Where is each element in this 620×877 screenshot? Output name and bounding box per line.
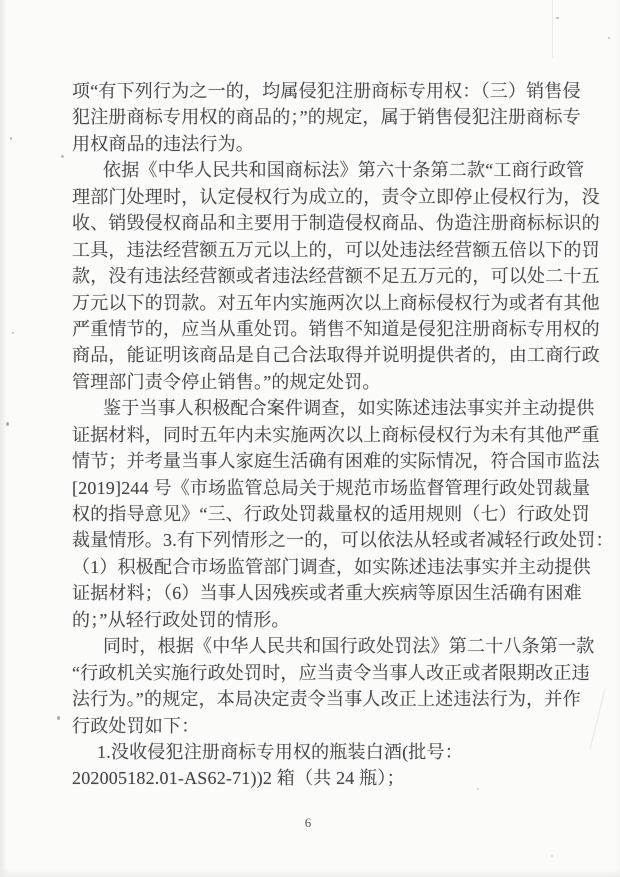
scan-speck — [12, 332, 14, 334]
text-line: 项“有下列行为之一的，均属侵犯注册商标专用权：（三）销售侵 — [72, 78, 606, 104]
text-line: 的；”从轻行政处罚的情形。 — [72, 607, 606, 633]
document-page: 项“有下列行为之一的，均属侵犯注册商标专用权：（三）销售侵 犯注册商标专用权的商… — [0, 0, 620, 877]
scan-speck — [477, 788, 479, 790]
scan-speck — [551, 855, 553, 857]
text-line: 202005182.01-AS62-71))2 箱（共 24 瓶）； — [72, 765, 606, 791]
text-line: 行政处罚如下： — [72, 713, 606, 739]
text-line: 依据《中华人民共和国商标法》第六十条第二款“工商行政管 — [72, 157, 606, 183]
text-line: 证据材料，同时五年内未实施两次以上商标侵权行为未有其他严重 — [72, 422, 606, 448]
scan-speck — [61, 155, 64, 158]
text-line: 理部门处理时，认定侵权行为成立的，责令立即停止侵权行为，没 — [72, 184, 606, 210]
text-line: [2019]244 号《市场监管总局关于规范市场监督管理行政处罚裁量 — [72, 475, 606, 501]
text-line: （1）积极配合市场监管部门调查，如实陈述违法事实并主动提供 — [72, 554, 606, 580]
scan-speck — [556, 17, 559, 19]
text-line: 严重情节的，应当从重处罚。销售不知道是侵犯注册商标专用权的 — [72, 316, 606, 342]
text-line: 用权商品的违法行为。 — [72, 131, 606, 157]
scan-speck — [608, 37, 610, 39]
text-line: 证据材料；（6）当事人因残疾或者重大疾病等原因生活确有困难 — [72, 580, 606, 606]
text-line: 万元以下的罚款。对五年内实施两次以上商标侵权行为或者有其他 — [72, 290, 606, 316]
text-line: 商品，能证明该商品是自己合法取得并说明提供者的，由工商行政 — [72, 342, 606, 368]
scan-speck — [6, 422, 9, 426]
text-line: 裁量情形。3.有下列情形之一的，可以依法从轻或者减轻行政处罚： — [72, 527, 606, 553]
text-line: “行政机关实施行政处罚时，应当责令当事人改正或者限期改正违 — [72, 660, 606, 686]
scan-speck — [57, 716, 60, 720]
document-body-text: 项“有下列行为之一的，均属侵犯注册商标专用权：（三）销售侵 犯注册商标专用权的商… — [72, 78, 606, 792]
text-line: 法行为。”的规定，本局决定责令当事人改正上述违法行为，并作 — [72, 686, 606, 712]
text-line: 情节；并考量当事人家庭生活确有困难的实际情况，符合国市监法 — [72, 448, 606, 474]
text-line: 权的指导意见》“三、行政处罚裁量权的适用规则（七）行政处罚 — [72, 501, 606, 527]
text-line: 同时，根据《中华人民共和国行政处罚法》第二十八条第一款 — [72, 633, 606, 659]
text-line: 工具，违法经营额五万元以上的，可以处违法经营额五倍以下的罚 — [72, 237, 606, 263]
text-line: 鉴于当事人积极配合案件调查，如实陈述违法事实并主动提供 — [72, 395, 606, 421]
scan-speck — [10, 137, 12, 140]
text-line: 管理部门责令停止销售。”的规定处罚。 — [72, 369, 606, 395]
text-line: 收、销毁侵权商品和主要用于制造侵权商品、伪造注册商标标识的 — [72, 210, 606, 236]
text-line: 款，没有违法经营额或者违法经营额不足五万元的，可以处二十五 — [72, 263, 606, 289]
text-line: 1.没收侵犯注册商标专用权的瓶装白酒(批号： — [72, 739, 606, 765]
scan-crease — [552, 0, 553, 58]
text-line: 犯注册商标专用权的商品的；”的规定，属于销售侵犯注册商标专 — [72, 104, 606, 130]
page-number: 6 — [0, 815, 616, 831]
